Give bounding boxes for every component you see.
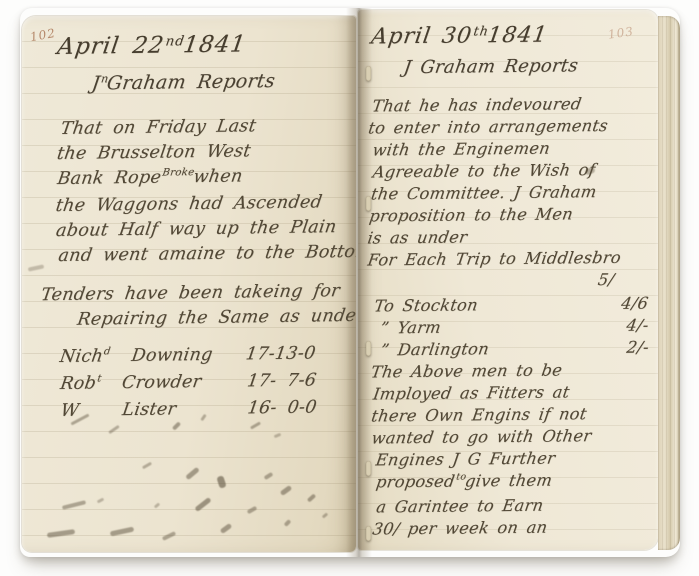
ink-bleedthrough-mark: [28, 264, 44, 271]
ink-bleedthrough-mark: [142, 462, 152, 470]
line-text: That he has indevoured: [372, 94, 582, 115]
line-text: ” Yarm: [380, 317, 441, 340]
line-text: Jn Graham Reports: [92, 70, 276, 95]
handwritten-line: Jn Graham Reports: [92, 66, 346, 101]
ink-bleedthrough-mark: [322, 512, 329, 518]
handwritten-line: April 30th 1841: [371, 19, 645, 56]
handwritten-line: April 22nd 1841: [57, 26, 346, 68]
handwritten-line: To Stockton4/6: [374, 293, 648, 318]
ink-bleedthrough-mark: [162, 531, 176, 541]
handwritten-line: 30/ per week on an: [372, 516, 650, 541]
page-edge-stack: [658, 16, 680, 550]
handwritten-line: a Garintee to Earn: [376, 494, 650, 519]
handwritten-line: That he has indevoured: [372, 93, 646, 118]
line-amount: 4/-: [625, 315, 650, 337]
ink-bleedthrough-mark: [274, 433, 282, 438]
ink-bleedthrough-mark: [250, 421, 261, 429]
line-text: That on Friday Last: [61, 116, 257, 139]
binding-stitch: [366, 341, 371, 356]
line-text: proposition to the Men: [369, 204, 573, 225]
handwritten-line: to enter into arrangements: [368, 115, 646, 140]
ink-bleedthrough-mark: [108, 425, 120, 434]
line-text: proposed to give them: [376, 471, 552, 492]
ink-bleedthrough-mark: [247, 506, 258, 514]
handwritten-line: ” Darlington2/-: [381, 337, 649, 362]
handwritten-line: Engines J G Further: [376, 447, 650, 472]
handwritten-line: proposition to the Men: [369, 203, 647, 228]
binding-stitch: [366, 526, 371, 541]
ink-bleedthrough-mark: [154, 502, 161, 508]
right-page-text: April 30th 1841J Graham ReportsThat he h…: [371, 19, 650, 541]
ink-bleedthrough-mark: [280, 485, 293, 496]
left-page: 102 April 22nd 1841Jn Graham ReportsThat…: [22, 16, 356, 552]
line-text: is as under: [367, 227, 467, 247]
line-text: To Stockton: [374, 294, 478, 317]
handwritten-line: Bank Rope Broke when: [57, 163, 347, 194]
ink-bleedthrough-mark: [47, 529, 75, 538]
binding-stitch: [366, 461, 371, 476]
ink-bleedthrough-mark: [220, 523, 233, 534]
line-text: a Garintee to Earn: [376, 496, 543, 517]
line-text: about Half way up the Plain: [56, 217, 337, 241]
line-text: wanted to go with Other: [372, 426, 592, 447]
ink-bleedthrough-mark: [194, 497, 211, 512]
line-text: 30/ per week on an: [373, 518, 548, 539]
line-text: Robt Crowder: [60, 370, 202, 399]
open-minute-book: 102 April 22nd 1841Jn Graham ReportsThat…: [20, 8, 680, 557]
binding-stitch: [366, 196, 371, 211]
line-text: Nichd Downing: [60, 343, 213, 372]
manuscript-photo: 102 April 22nd 1841Jn Graham ReportsThat…: [0, 0, 699, 576]
line-text: the Brusselton West: [57, 141, 251, 164]
line-amount: 17-13-0: [244, 341, 317, 367]
ink-bleedthrough-mark: [97, 498, 105, 504]
line-text: with the Enginemen: [373, 139, 551, 160]
line-text: For Each Trip to Middlesbro: [368, 248, 621, 270]
line-amount: 5/: [596, 269, 616, 291]
ink-bleedthrough-mark: [172, 421, 181, 430]
line-amount: 2/-: [625, 337, 650, 359]
line-text: The Above men to be: [371, 360, 562, 381]
ink-bleedthrough-mark: [216, 475, 226, 489]
ink-bleedthrough-mark: [185, 467, 200, 480]
handwritten-line: and went amaine to the Bottom: [58, 240, 348, 269]
line-text: J Graham Reports: [404, 55, 578, 78]
handwritten-line: W Lister16- 0-0: [60, 395, 316, 424]
line-text: Repairing the Same as under: [77, 306, 356, 330]
line-text: there Own Engins if not: [371, 404, 586, 425]
handwritten-line: Agreeable to the Wish of: [373, 159, 647, 184]
handwritten-line: with the Enginemen: [373, 137, 647, 162]
handwritten-line: For Each Trip to Middlesbro: [368, 247, 648, 272]
ink-bleedthrough-mark: [284, 519, 292, 527]
handwritten-line: Repairing the Same as under: [77, 304, 349, 333]
line-amount: 4/6: [620, 293, 650, 315]
line-text: to enter into arrangements: [368, 116, 608, 138]
ink-bleedthrough-mark: [307, 494, 316, 503]
line-text: Tenders have been takeing for: [41, 281, 340, 305]
handwritten-line: Robt Crowder17- 7-6: [60, 368, 316, 399]
ink-bleedthrough-mark: [264, 472, 274, 480]
binding-stitch: [366, 66, 371, 81]
handwritten-line: proposed to give them: [376, 469, 650, 497]
line-text: April 30th 1841: [371, 23, 547, 50]
handwritten-line: The Above men to be: [371, 359, 649, 384]
line-text: Agreeable to the Wish of: [373, 160, 595, 181]
line-text: the Waggons had Ascended: [56, 192, 323, 216]
ink-bleedthrough-mark: [62, 500, 86, 510]
handwritten-line: 5/: [374, 269, 648, 294]
line-text: Bank Rope Broke when: [57, 166, 242, 189]
line-text: April 22nd 1841: [57, 31, 246, 60]
line-text: the Committee. J Graham: [371, 182, 597, 203]
handwritten-line: Imployed as Fitters at: [373, 381, 649, 406]
handwritten-line: ” Yarm4/-: [380, 315, 648, 340]
handwritten-line: the Committee. J Graham: [371, 181, 647, 206]
right-page: 103 April 30th 1841J Graham ReportsThat …: [358, 10, 658, 550]
line-text: and went amaine to the Bottom: [58, 242, 356, 266]
handwritten-line: J Graham Reports: [404, 53, 646, 82]
line-amount: 16- 0-0: [246, 395, 319, 421]
ink-bleedthrough-mark: [110, 527, 135, 537]
line-text: Imployed as Fitters at: [373, 382, 570, 403]
handwritten-line: is as under: [367, 225, 647, 250]
line-amount: 17- 7-6: [245, 368, 318, 394]
line-text: ” Darlington: [381, 338, 489, 361]
left-page-text: April 22nd 1841Jn Graham ReportsThat on …: [53, 26, 350, 424]
handwritten-line: there Own Engins if not: [371, 403, 649, 428]
handwritten-line: wanted to go with Other: [372, 425, 650, 450]
